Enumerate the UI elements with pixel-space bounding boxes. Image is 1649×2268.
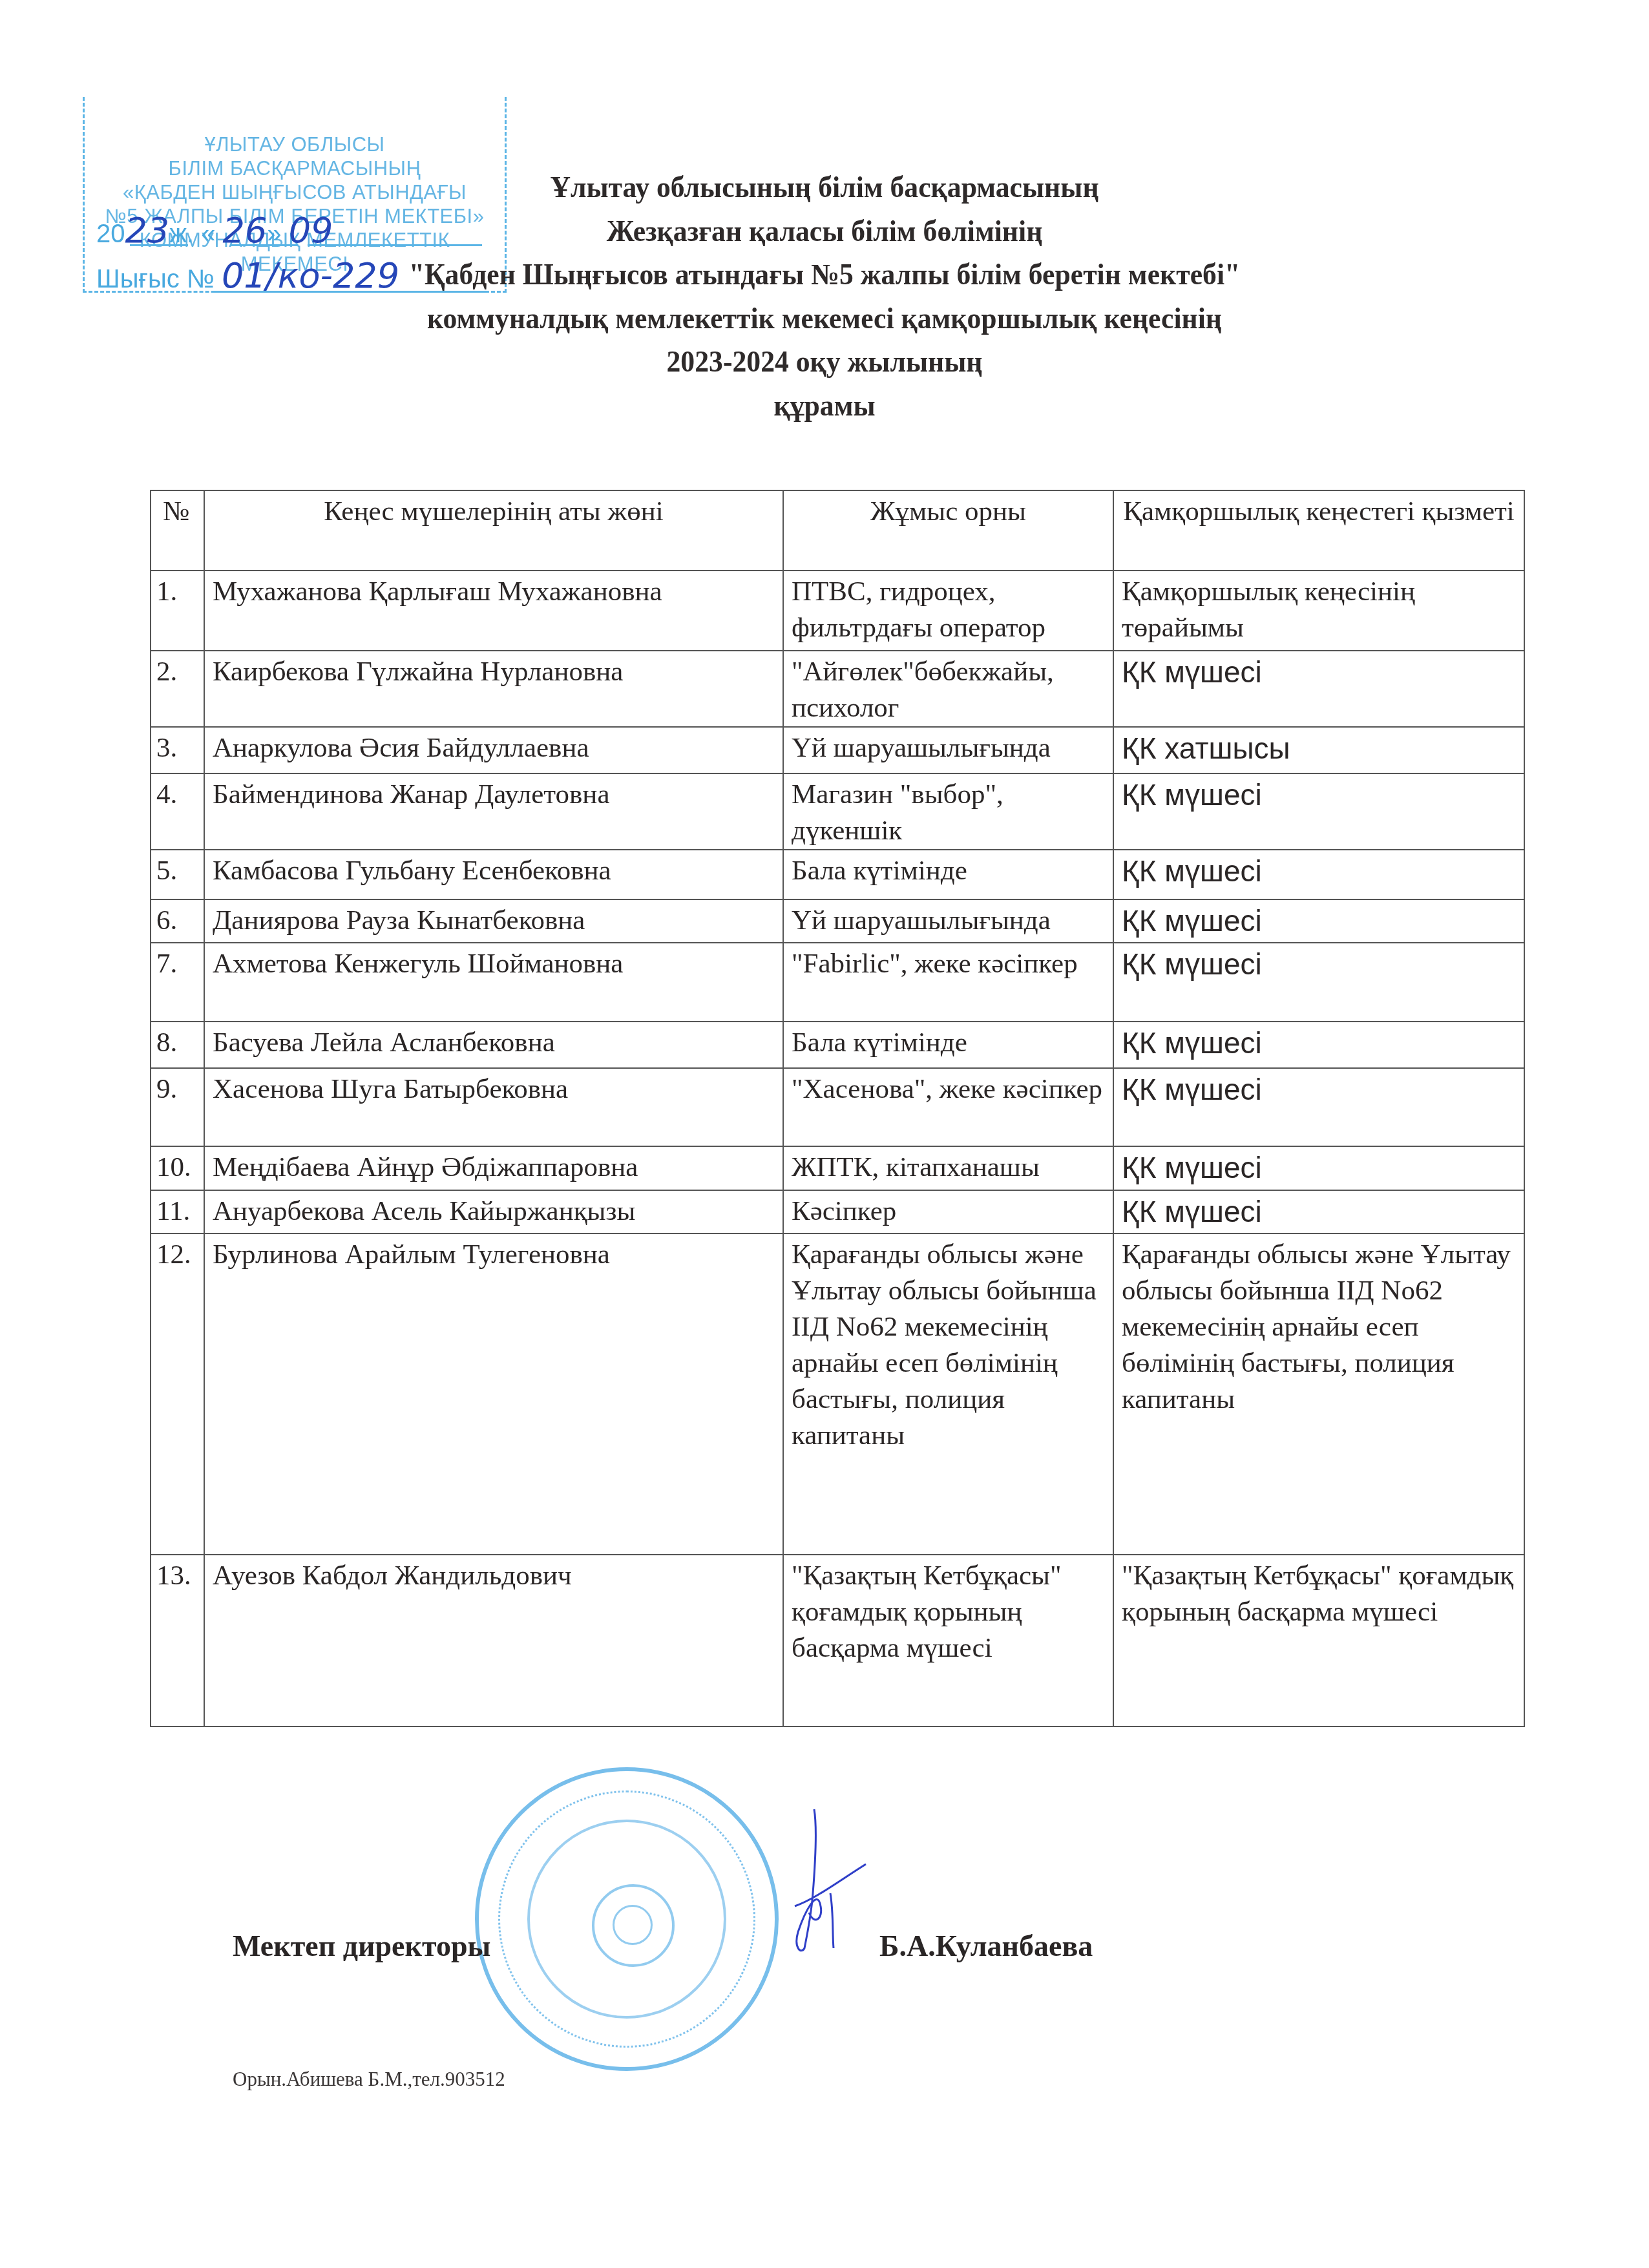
table-body: 1.Мухажанова Қарлығаш МухажановнаПТВС, г…	[151, 571, 1524, 1727]
cell-number: 9.	[151, 1068, 204, 1146]
cell-member-name: Хасенова Шуга Батырбековна	[204, 1068, 783, 1146]
cell-number: 3.	[151, 727, 204, 773]
table-row: 7.Ахметова Кенжегуль Шоймановна"Fabirlic…	[151, 943, 1524, 1022]
cell-role: ҚК мүшесі	[1113, 850, 1524, 899]
cell-workplace: Кәсіпкер	[783, 1190, 1113, 1234]
table-row: 1.Мухажанова Қарлығаш МухажановнаПТВС, г…	[151, 571, 1524, 651]
cell-role: ҚК мүшесі	[1113, 1190, 1524, 1234]
cell-member-name: Меңдібаева Айнұр Әбдіжаппаровна	[204, 1146, 783, 1190]
header-name: Кеңес мүшелерінің аты жөні	[204, 490, 783, 571]
cell-role: ҚК мүшесі	[1113, 773, 1524, 850]
header-role: Қамқоршылық кеңестегі қызметі	[1113, 490, 1524, 571]
cell-workplace: "Айгөлек"бөбекжайы, психолог	[783, 651, 1113, 727]
cell-role: ҚК мүшесі	[1113, 1068, 1524, 1146]
cell-number: 6.	[151, 899, 204, 943]
cell-member-name: Даниярова Рауза Кынатбековна	[204, 899, 783, 943]
state-emblem-icon	[592, 1884, 675, 1967]
cell-role: ҚК мүшесі	[1113, 651, 1524, 727]
cell-member-name: Бурлинова Арайлым Тулегеновна	[204, 1234, 783, 1555]
cell-member-name: Мухажанова Қарлығаш Мухажановна	[204, 571, 783, 651]
table-row: 11.Ануарбекова Асель КайыржанқызыКәсіпке…	[151, 1190, 1524, 1234]
cell-member-name: Ахметова Кенжегуль Шоймановна	[204, 943, 783, 1022]
cell-number: 11.	[151, 1190, 204, 1234]
table-row: 12.Бурлинова Арайлым ТулегеновнаҚарағанд…	[151, 1234, 1524, 1555]
cell-role: Қамқоршылық кеңесінің төрайымы	[1113, 571, 1524, 651]
members-table: № Кеңес мүшелерінің аты жөні Жұмыс орны …	[150, 490, 1525, 1727]
title-line: құрамы	[41, 384, 1608, 428]
table-row: 2.Каирбекова Гүлжайна Нурлановна"Айгөлек…	[151, 651, 1524, 727]
title-line: коммуналдық мемлекеттік мекемесі қамқорш…	[41, 297, 1608, 341]
cell-role: ҚК мүшесі	[1113, 1146, 1524, 1190]
cell-member-name: Баймендинова Жанар Даулетовна	[204, 773, 783, 850]
cell-workplace: ПТВС, гидроцех, фильтрдағы оператор	[783, 571, 1113, 651]
cell-role: ҚК мүшесі	[1113, 899, 1524, 943]
cell-role: Қарағанды облысы және Ұлытау облысы бойы…	[1113, 1234, 1524, 1555]
table-row: 5.Камбасова Гульбану ЕсенбековнаБала күт…	[151, 850, 1524, 899]
cell-number: 2.	[151, 651, 204, 727]
cell-number: 4.	[151, 773, 204, 850]
official-round-seal	[475, 1767, 779, 2071]
title-line: 2023-2024 оқу жылының	[41, 340, 1608, 384]
cell-workplace: "Хасенова", жеке кәсіпкер	[783, 1068, 1113, 1146]
table-row: 6.Даниярова Рауза КынатбековнаҮй шаруашы…	[151, 899, 1524, 943]
cell-number: 13.	[151, 1555, 204, 1727]
cell-role: ҚК хатшысы	[1113, 727, 1524, 773]
cell-member-name: Камбасова Гульбану Есенбековна	[204, 850, 783, 899]
cell-role: "Қазақтың Кетбұқасы" қоғамдық қорының ба…	[1113, 1555, 1524, 1727]
header-workplace: Жұмыс орны	[783, 490, 1113, 571]
stamp-line: ҰЛЫТАУ ОБЛЫСЫ	[85, 132, 505, 156]
cell-number: 8.	[151, 1022, 204, 1068]
cell-member-name: Анаркулова Әсия Байдуллаевна	[204, 727, 783, 773]
cell-number: 7.	[151, 943, 204, 1022]
cell-number: 10.	[151, 1146, 204, 1190]
table-row: 13.Ауезов Кабдол Жандильдович"Қазақтың К…	[151, 1555, 1524, 1727]
executor-note: Орын.Абишева Б.М.,тел.903512	[233, 2068, 505, 2091]
cell-workplace: Бала күтімінде	[783, 1022, 1113, 1068]
table-row: 3.Анаркулова Әсия БайдуллаевнаҮй шаруашы…	[151, 727, 1524, 773]
table-row: 9.Хасенова Шуга Батырбековна"Хасенова", …	[151, 1068, 1524, 1146]
cell-workplace: Үй шаруашылығында	[783, 899, 1113, 943]
table-header-row: № Кеңес мүшелерінің аты жөні Жұмыс орны …	[151, 490, 1524, 571]
cell-workplace: Бала күтімінде	[783, 850, 1113, 899]
title-line: "Қабден Шыңғысов атындағы №5 жалпы білім…	[41, 253, 1608, 297]
cell-member-name: Ауезов Кабдол Жандильдович	[204, 1555, 783, 1727]
document-title: Ұлытау облысының білім басқармасының Жез…	[0, 165, 1649, 427]
cell-workplace: Қарағанды облысы және Ұлытау облысы бойы…	[783, 1234, 1113, 1555]
cell-role: ҚК мүшесі	[1113, 943, 1524, 1022]
cell-number: 1.	[151, 571, 204, 651]
signer-name: Б.А.Куланбаева	[879, 1929, 1093, 1963]
cell-role: ҚК мүшесі	[1113, 1022, 1524, 1068]
cell-workplace: Магазин "выбор", дүкеншік	[783, 773, 1113, 850]
cell-member-name: Каирбекова Гүлжайна Нурлановна	[204, 651, 783, 727]
cell-workplace: ЖПТК, кітапханашы	[783, 1146, 1113, 1190]
cell-member-name: Ануарбекова Асель Кайыржанқызы	[204, 1190, 783, 1234]
table-row: 10.Меңдібаева Айнұр ӘбдіжаппаровнаЖПТК, …	[151, 1146, 1524, 1190]
table-row: 4.Баймендинова Жанар ДаулетовнаМагазин "…	[151, 773, 1524, 850]
handwritten-signature	[769, 1803, 872, 1958]
cell-workplace: "Fabirlic", жеке кәсіпкер	[783, 943, 1113, 1022]
cell-member-name: Басуева Лейла Асланбековна	[204, 1022, 783, 1068]
director-title: Мектеп директоры	[233, 1929, 491, 1963]
cell-number: 5.	[151, 850, 204, 899]
table-row: 8.Басуева Лейла АсланбековнаБала күтімін…	[151, 1022, 1524, 1068]
title-line: Ұлытау облысының білім басқармасының	[41, 165, 1608, 209]
header-number: №	[151, 490, 204, 571]
cell-number: 12.	[151, 1234, 204, 1555]
cell-workplace: Үй шаруашылығында	[783, 727, 1113, 773]
title-line: Жезқазған қаласы білім бөлімінің	[41, 209, 1608, 253]
cell-workplace: "Қазақтың Кетбұқасы" қоғамдық қорының ба…	[783, 1555, 1113, 1727]
stamp-line-faint	[85, 109, 505, 132]
